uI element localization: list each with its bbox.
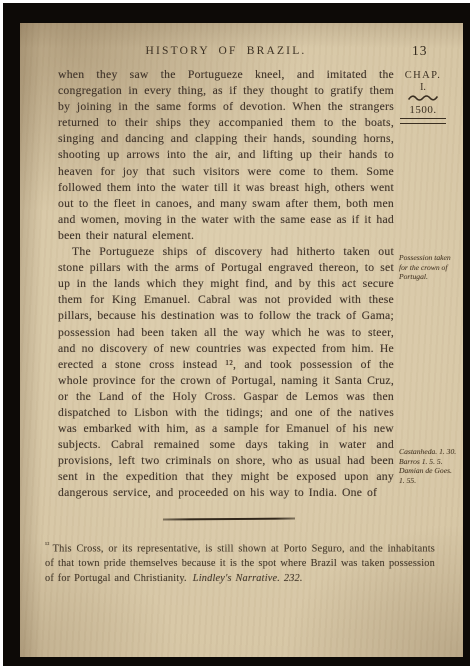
body-paragraph-2: The Portugueze ships of discovery had hi… bbox=[58, 244, 394, 502]
chapter-squiggle-ornament bbox=[408, 93, 438, 102]
chapter-label: CHAP. bbox=[397, 70, 449, 81]
running-header-title: HISTORY OF BRAZIL. bbox=[58, 45, 394, 57]
footnote-citation: Lindley's Narrative. 232. bbox=[193, 573, 303, 584]
body-text-column: when they saw the Portugueze kneel, and … bbox=[58, 67, 394, 502]
footnote: ¹²This Cross, or its representative, is … bbox=[45, 538, 435, 586]
chapter-year: 1500. bbox=[397, 104, 449, 116]
body-paragraph-1: when they saw the Portugueze kneel, and … bbox=[58, 67, 394, 244]
sidenote-possession: Possession taken for the crown of Portug… bbox=[399, 253, 459, 282]
scan-black-frame: HISTORY OF BRAZIL. 13 when they saw the … bbox=[3, 3, 470, 666]
footnote-separator-rule bbox=[163, 518, 295, 521]
book-page: HISTORY OF BRAZIL. 13 when they saw the … bbox=[20, 23, 463, 657]
chapter-heading-block: CHAP. I. 1500. bbox=[397, 70, 449, 124]
year-double-rule bbox=[400, 118, 446, 124]
sidenote-citations: Castanheda. 1. 30. Barros 1. 5. 5. Damia… bbox=[399, 447, 459, 485]
footnote-marker: ¹² bbox=[45, 541, 50, 549]
chapter-numeral: I. bbox=[397, 82, 449, 93]
